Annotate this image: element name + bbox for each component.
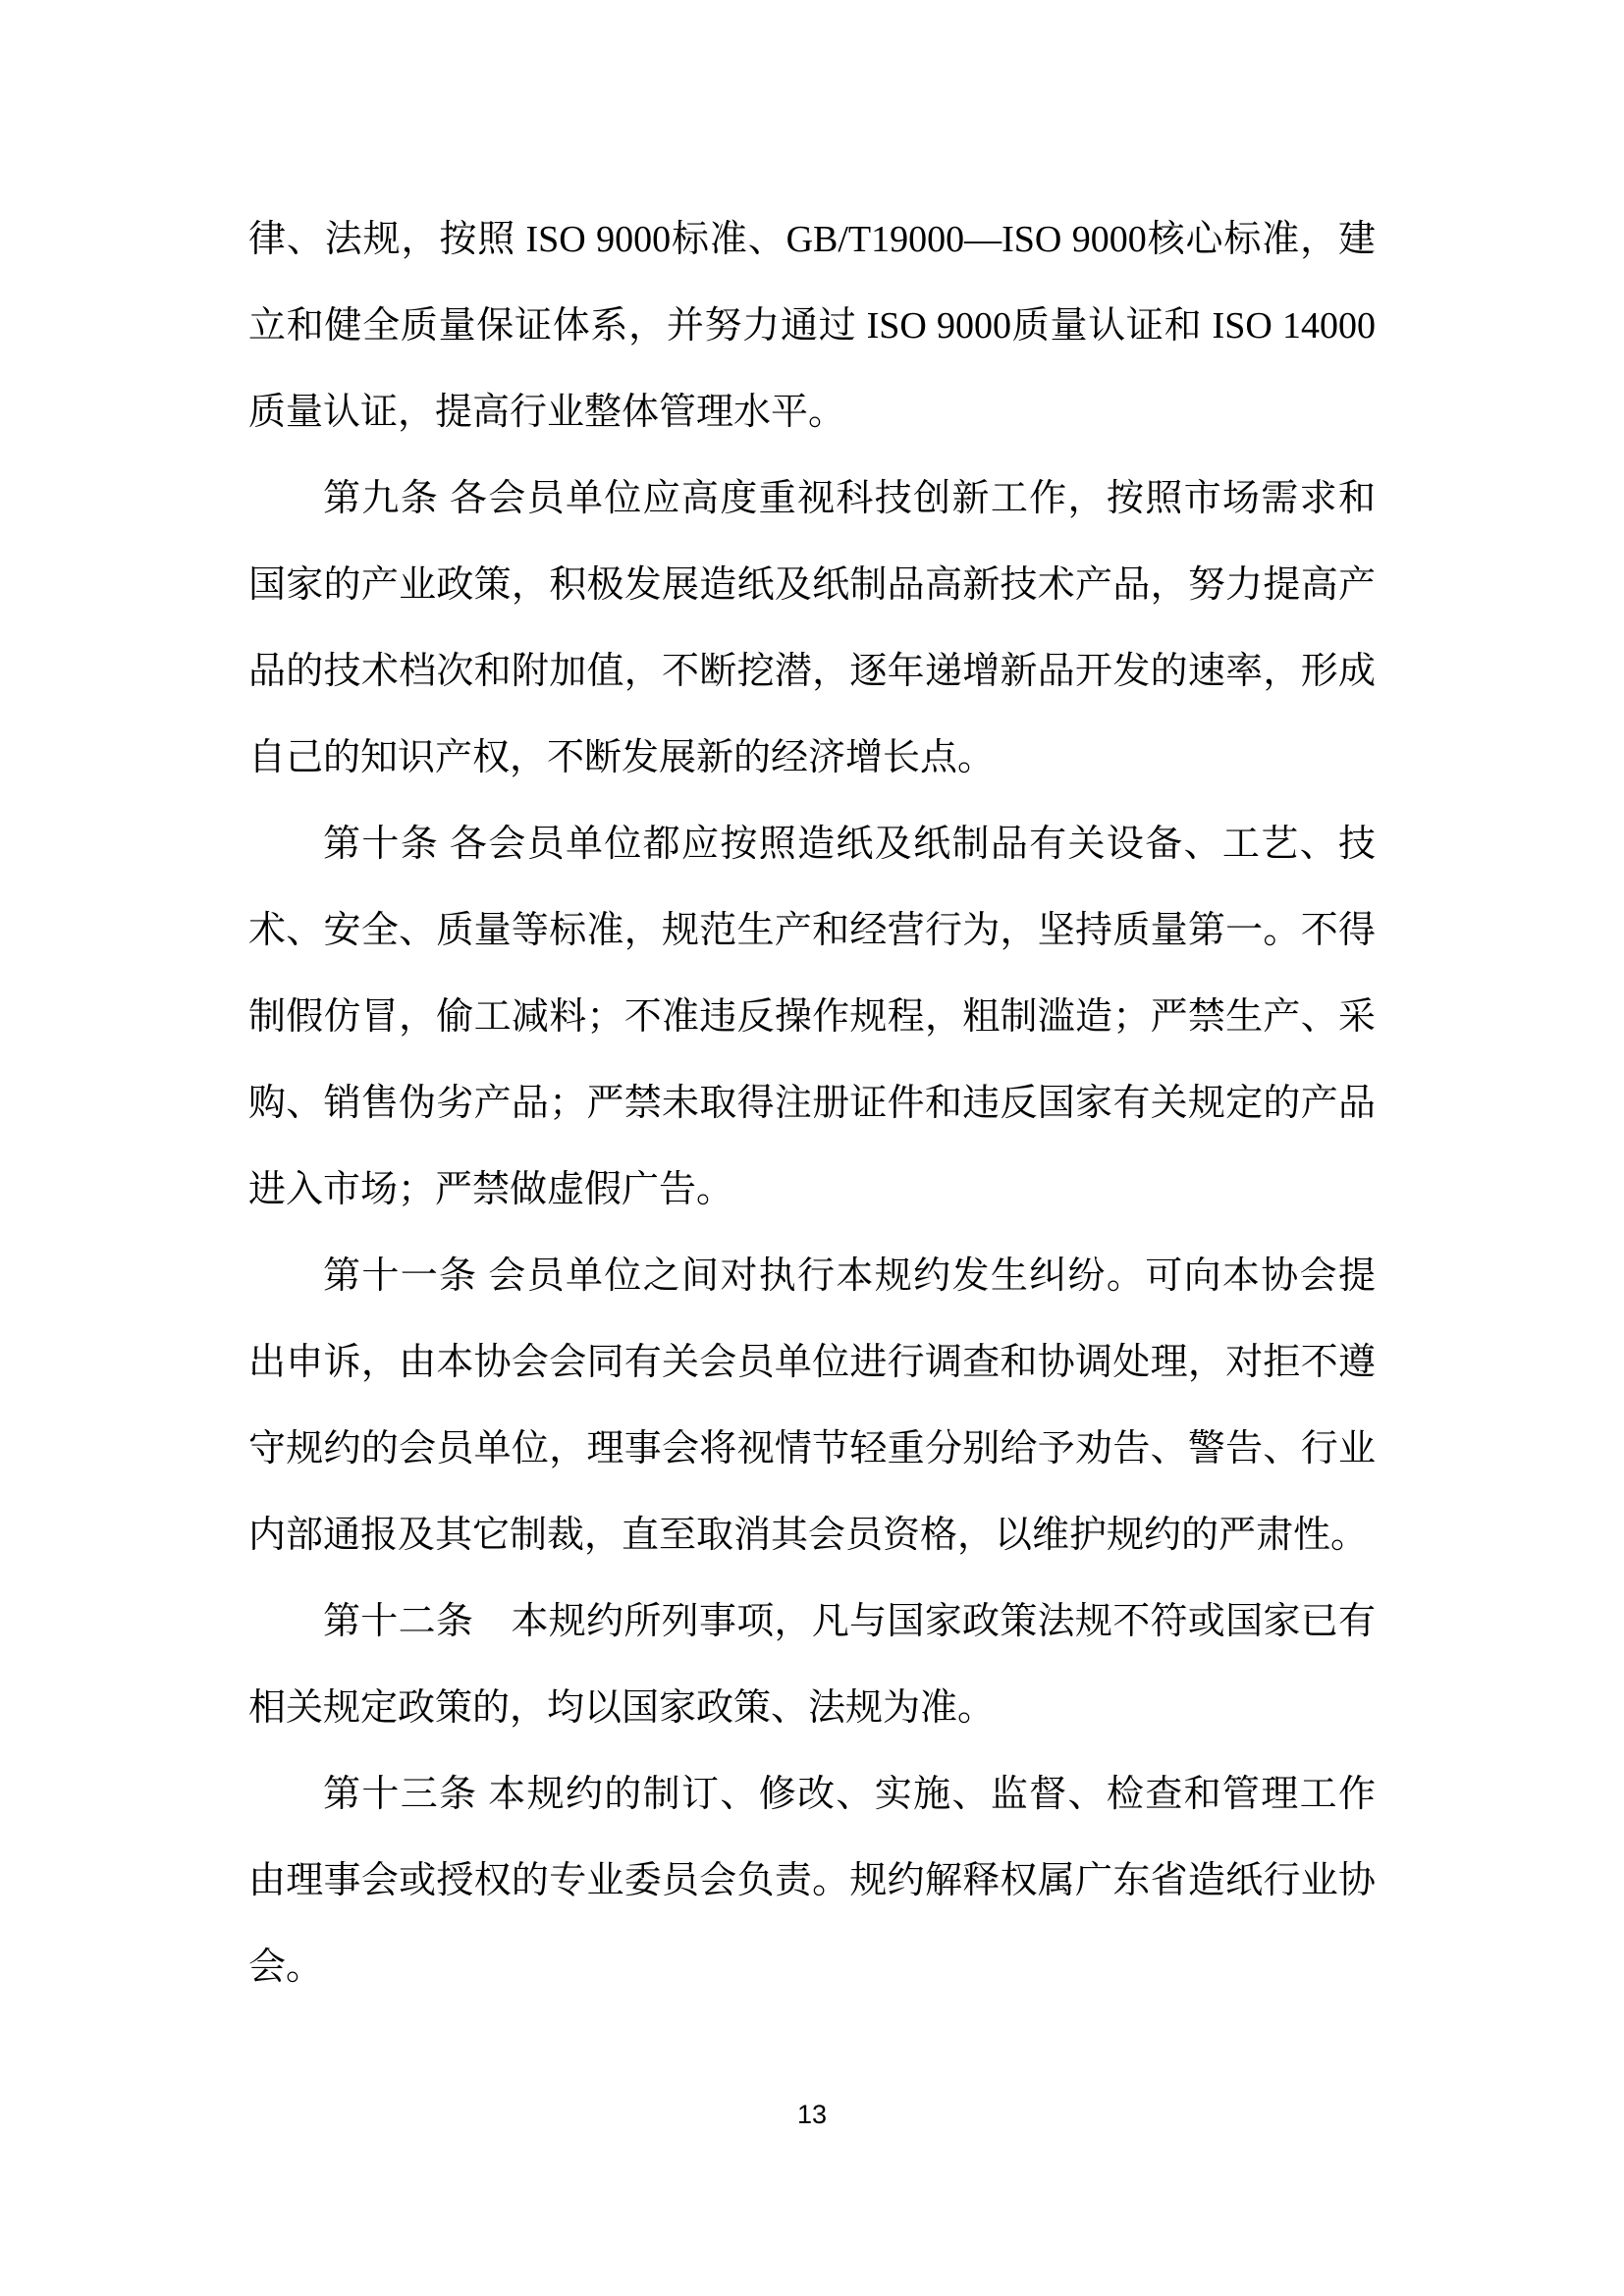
text-line: 会。 (248, 1924, 1376, 2010)
text-line: 出申诉，由本协会会同有关会员单位进行调查和协调处理，对拒不遵 (248, 1319, 1376, 1406)
text-line: 品的技术档次和附加值，不断挖潜，逐年递增新品开发的速率，形成 (248, 628, 1376, 715)
text-line: 由理事会或授权的专业委员会负责。规约解释权属广东省造纸行业协 (248, 1838, 1376, 1924)
text-line: 第十三条 本规约的制订、修改、实施、监督、检查和管理工作 (248, 1751, 1376, 1838)
text-line: 质量认证，提高行业整体管理水平。 (248, 369, 1376, 455)
text-line: 立和健全质量保证体系，并努力通过 ISO 9000质量认证和 ISO 14000 (248, 283, 1376, 369)
text-line: 第十二条 本规约所列事项，凡与国家政策法规不符或国家已有 (248, 1578, 1376, 1665)
text-line: 内部通报及其它制裁，直至取消其会员资格，以维护规约的严肃性。 (248, 1492, 1376, 1578)
page-footer: 13 (0, 2099, 1624, 2130)
text-line: 律、法规，按照 ISO 9000标准、GB/T19000—ISO 9000核心标… (248, 196, 1376, 283)
text-line: 第十条 各会员单位都应按照造纸及纸制品有关设备、工艺、技 (248, 801, 1376, 887)
document-body: 律、法规，按照 ISO 9000标准、GB/T19000—ISO 9000核心标… (248, 196, 1376, 2010)
text-line: 制假仿冒，偷工减料；不准违反操作规程，粗制滥造；严禁生产、采 (248, 974, 1376, 1060)
text-line: 购、销售伪劣产品；严禁未取得注册证件和违反国家有关规定的产品 (248, 1060, 1376, 1147)
page-number: 13 (797, 2100, 827, 2129)
text-line: 第九条 各会员单位应高度重视科技创新工作，按照市场需求和 (248, 455, 1376, 542)
document-page: 律、法规，按照 ISO 9000标准、GB/T19000—ISO 9000核心标… (0, 0, 1624, 2296)
text-line: 第十一条 会员单位之间对执行本规约发生纠纷。可向本协会提 (248, 1233, 1376, 1319)
text-line: 国家的产业政策，积极发展造纸及纸制品高新技术产品，努力提高产 (248, 542, 1376, 628)
text-line: 术、安全、质量等标准，规范生产和经营行为，坚持质量第一。不得 (248, 887, 1376, 974)
text-line: 守规约的会员单位，理事会将视情节轻重分别给予劝告、警告、行业 (248, 1406, 1376, 1492)
text-line: 进入市场；严禁做虚假广告。 (248, 1147, 1376, 1233)
text-line: 相关规定政策的，均以国家政策、法规为准。 (248, 1665, 1376, 1751)
text-line: 自己的知识产权，不断发展新的经济增长点。 (248, 715, 1376, 801)
